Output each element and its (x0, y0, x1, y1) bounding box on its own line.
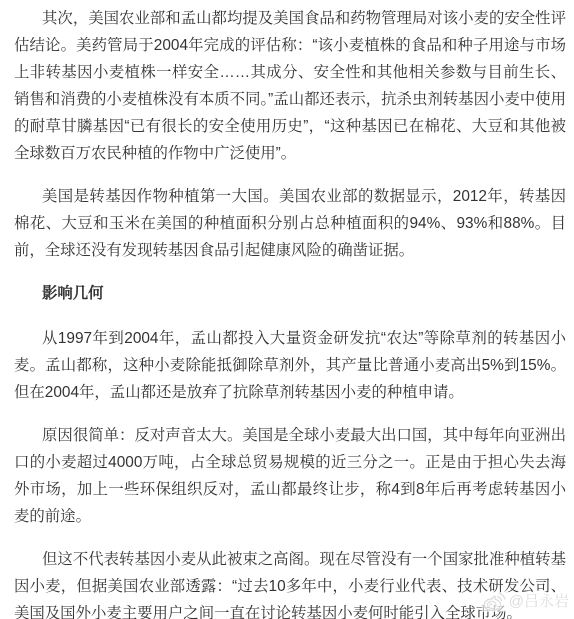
paragraph-us-gmo-stats: 美国是转基因作物种植第一大国。美国农业部的数据显示，2012年，转基因棉花、大豆… (14, 183, 566, 264)
watermark-handle: @吕永岩 (509, 592, 569, 612)
paragraph-safety-assessment: 其次，美国农业部和孟山都均提及美国食品和药物管理局对该小麦的安全性评估结论。美药… (14, 5, 566, 167)
weibo-watermark: @吕永岩 (482, 592, 569, 612)
section-heading: 影响几何 (14, 280, 566, 307)
paragraph-monsanto-research: 从1997年到2004年，孟山都投入大量资金研发抗“农达”等除草剂的转基因小麦。… (14, 325, 566, 406)
paragraph-withdraw-reason: 原因很简单：反对声音太大。美国是全球小麦最大出口国，其中每年向亚洲出口的小麦超过… (14, 422, 566, 530)
weibo-logo-icon (482, 592, 506, 612)
article-container: 其次，美国农业部和孟山都均提及美国食品和药物管理局对该小麦的安全性评估结论。美药… (0, 0, 574, 619)
